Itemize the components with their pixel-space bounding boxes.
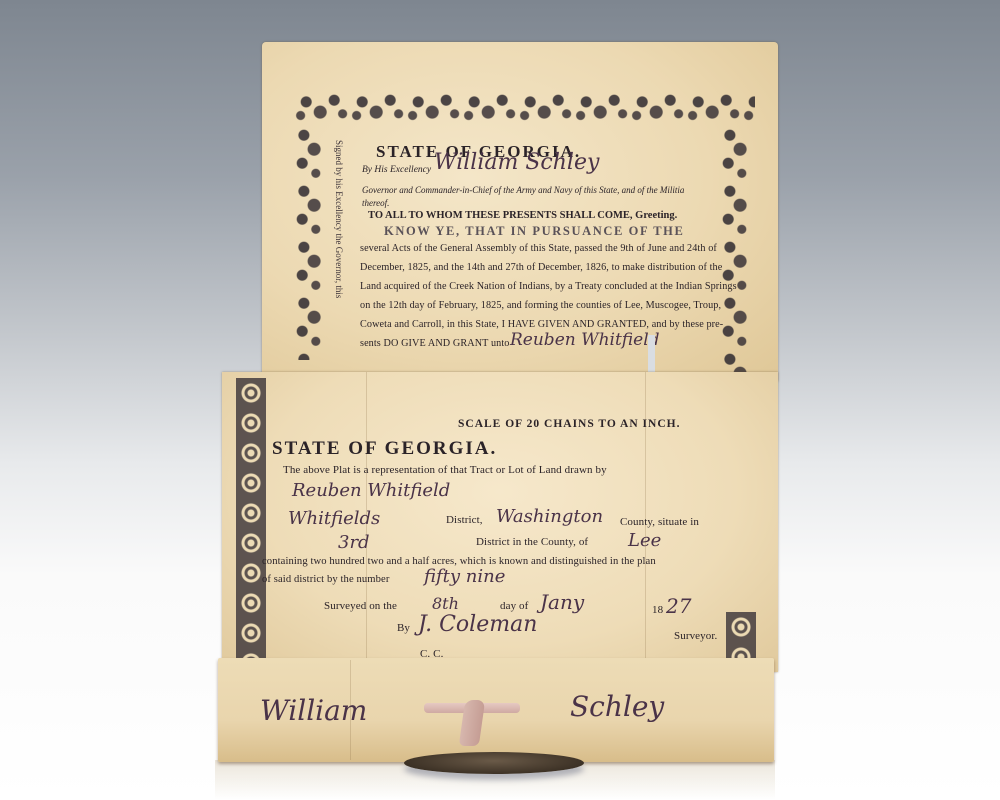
governor-line: Governor and Commander-in-Chief of the A… — [362, 185, 684, 195]
plat-title: STATE OF GEORGIA. — [272, 438, 497, 460]
district-number: 3rd — [338, 532, 370, 553]
grant-unto: sents DO GIVE AND GRANT unto — [360, 338, 509, 349]
year-prefix: 18 — [652, 604, 663, 616]
by-his-excellency: By His Excellency — [362, 165, 431, 175]
drawn-by-signature: Reuben Whitfield — [292, 480, 450, 501]
rosette-border-right — [726, 612, 756, 660]
of-place: Whitfields — [288, 508, 380, 529]
year-suffix: 27 — [666, 594, 691, 618]
body-line-5: Coweta and Carroll, in this State, I HAV… — [360, 319, 723, 330]
surveyor-signature: J. Coleman — [418, 612, 537, 637]
county-label: County, situate in — [620, 516, 699, 528]
grantee-signature: Reuben Whitfield — [510, 330, 660, 350]
surveyed-on: Surveyed on the — [324, 600, 397, 612]
survey-day: 8th — [432, 594, 459, 613]
greeting: TO ALL TO WHOM THESE PRESENTS SHALL COME… — [368, 210, 677, 221]
know-ye: KNOW YE, THAT IN PURSUANCE OF THE — [384, 224, 684, 239]
plat-line-1: The above Plat is a representation of th… — [283, 464, 607, 476]
body-line-1: several Acts of the General Assembly of … — [360, 243, 717, 254]
body-line-3: Land acquired of the Creek Nation of Ind… — [360, 281, 737, 292]
plat-scale: SCALE OF 20 CHAINS TO AN INCH. — [458, 418, 680, 430]
district-county: Washington — [496, 506, 603, 527]
governor-signature: William Schley — [434, 150, 599, 175]
thereof: thereof. — [362, 198, 389, 208]
flap-signature-last: Schley — [570, 690, 664, 723]
district-in-county: District in the County, of — [476, 536, 588, 548]
by-label: By — [397, 622, 410, 634]
day-of: day of — [500, 600, 528, 612]
body-line-4: on the 12th day of February, 1825, and f… — [360, 300, 721, 311]
wax-seal — [404, 752, 584, 774]
survey-month: Jany — [540, 590, 584, 614]
flap-signature-first: William — [260, 694, 367, 727]
body-line-2: December, 1825, and the 14th and 27th of… — [360, 262, 722, 273]
rosette-border-left — [236, 378, 266, 660]
floral-border-left — [292, 124, 326, 360]
lot-number: fifty nine — [424, 566, 505, 587]
floral-border-top — [295, 90, 755, 124]
side-note: Signed by his Excellency the Governor, t… — [334, 140, 344, 298]
county: Lee — [628, 530, 661, 551]
district-label: District, — [446, 514, 483, 526]
said-district: of said district by the number — [262, 574, 389, 585]
surveyor-label: Surveyor. — [674, 630, 717, 642]
